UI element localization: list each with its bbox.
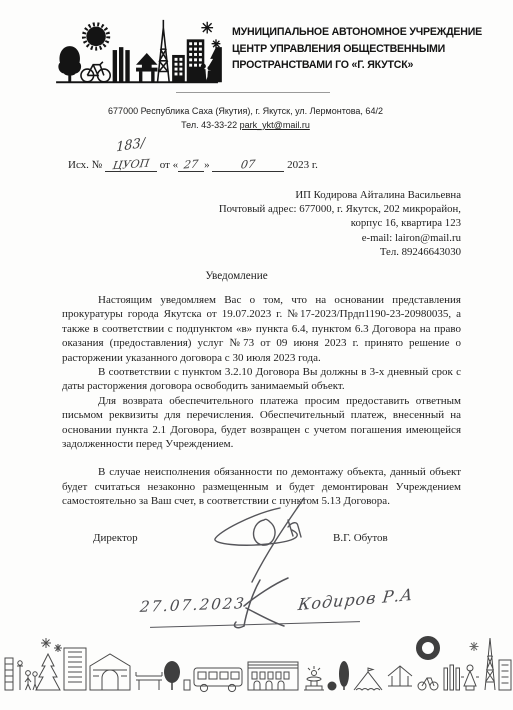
org-phone: Тел. 43-33-22	[181, 120, 237, 130]
signer-position: Директор	[93, 532, 138, 544]
header-divider	[176, 92, 330, 93]
signer-name: В.Г. Обутов	[333, 532, 388, 544]
ref-number-slot: ЦУОП	[105, 158, 157, 172]
paragraph-2: В соответствии с пунктом 3.2.10 Договора…	[62, 365, 461, 394]
recipient-address-line1: Почтовый адрес: 677000, г. Якутск, 202 м…	[120, 202, 461, 216]
footer-skyline-svg	[0, 632, 513, 698]
city-skyline-logo-svg	[52, 14, 224, 92]
letterhead: МУНИЦИПАЛЬНОЕ АВТОНОМНОЕ УЧРЕЖДЕНИЕ ЦЕНТ…	[52, 14, 483, 94]
outgoing-reference-line: Исх. № ЦУОП от «27» 07 2023 г.	[68, 158, 318, 172]
paragraph-3: Для возврата обеспечительного платежа пр…	[62, 394, 461, 452]
org-address: 677000 Республика Саха (Якутия), г. Якут…	[0, 104, 491, 118]
handwritten-name: Кодиров Р.А	[297, 585, 415, 614]
month-slot: 07	[212, 158, 284, 172]
organization-name: МУНИЦИПАЛЬНОЕ АВТОНОМНОЕ УЧРЕЖДЕНИЕ ЦЕНТ…	[232, 14, 482, 94]
quote-close: »	[204, 159, 210, 171]
recipient-address-line2: корпус 16, квартира 123	[120, 216, 461, 230]
recipient-name: ИП Кодирова Айталина Васильевна	[120, 188, 461, 202]
director-signature-svg	[208, 494, 338, 589]
handwritten-ref-number: 183/	[116, 136, 145, 156]
org-name-line2: ЦЕНТР УПРАВЛЕНИЯ ОБЩЕСТВЕННЫМИ	[232, 41, 482, 58]
handwritten-day: 27	[183, 158, 199, 172]
day-slot: 27	[178, 158, 204, 172]
footer-skyline-illustration	[0, 632, 513, 698]
paragraph-1: Настоящим уведомляем Вас о том, что на о…	[62, 293, 461, 365]
handwritten-ref-code: ЦУОП	[112, 157, 150, 172]
scanned-letter-page: МУНИЦИПАЛЬНОЕ АВТОНОМНОЕ УЧРЕЖДЕНИЕ ЦЕНТ…	[0, 0, 513, 710]
outgoing-label: Исх. №	[68, 159, 102, 171]
from-label: от «	[160, 159, 178, 171]
recipient-email: e-mail: lairon@mail.ru	[120, 231, 461, 245]
letter-body: Настоящим уведомляем Вас о том, что на о…	[62, 293, 461, 509]
org-email: park_ykt@mail.ru	[240, 120, 310, 130]
org-phone-email: Тел. 43-33-22 park_ykt@mail.ru	[0, 118, 491, 132]
org-name-line3: ПРОСТРАНСТВАМИ ГО «Г. ЯКУТСК»	[232, 57, 482, 74]
handwritten-month: 07	[240, 158, 256, 172]
org-contact-block: 677000 Республика Саха (Якутия), г. Якут…	[0, 104, 491, 132]
city-skyline-logo	[52, 14, 224, 92]
org-name-line1: МУНИЦИПАЛЬНОЕ АВТОНОМНОЕ УЧРЕЖДЕНИЕ	[232, 24, 482, 41]
recipient-block: ИП Кодирова Айталина Васильевна Почтовый…	[120, 188, 461, 259]
letter-title: Уведомление	[0, 270, 473, 282]
recipient-phone: Тел. 89246643030	[120, 245, 461, 259]
year-label: 2023 г.	[287, 159, 318, 171]
